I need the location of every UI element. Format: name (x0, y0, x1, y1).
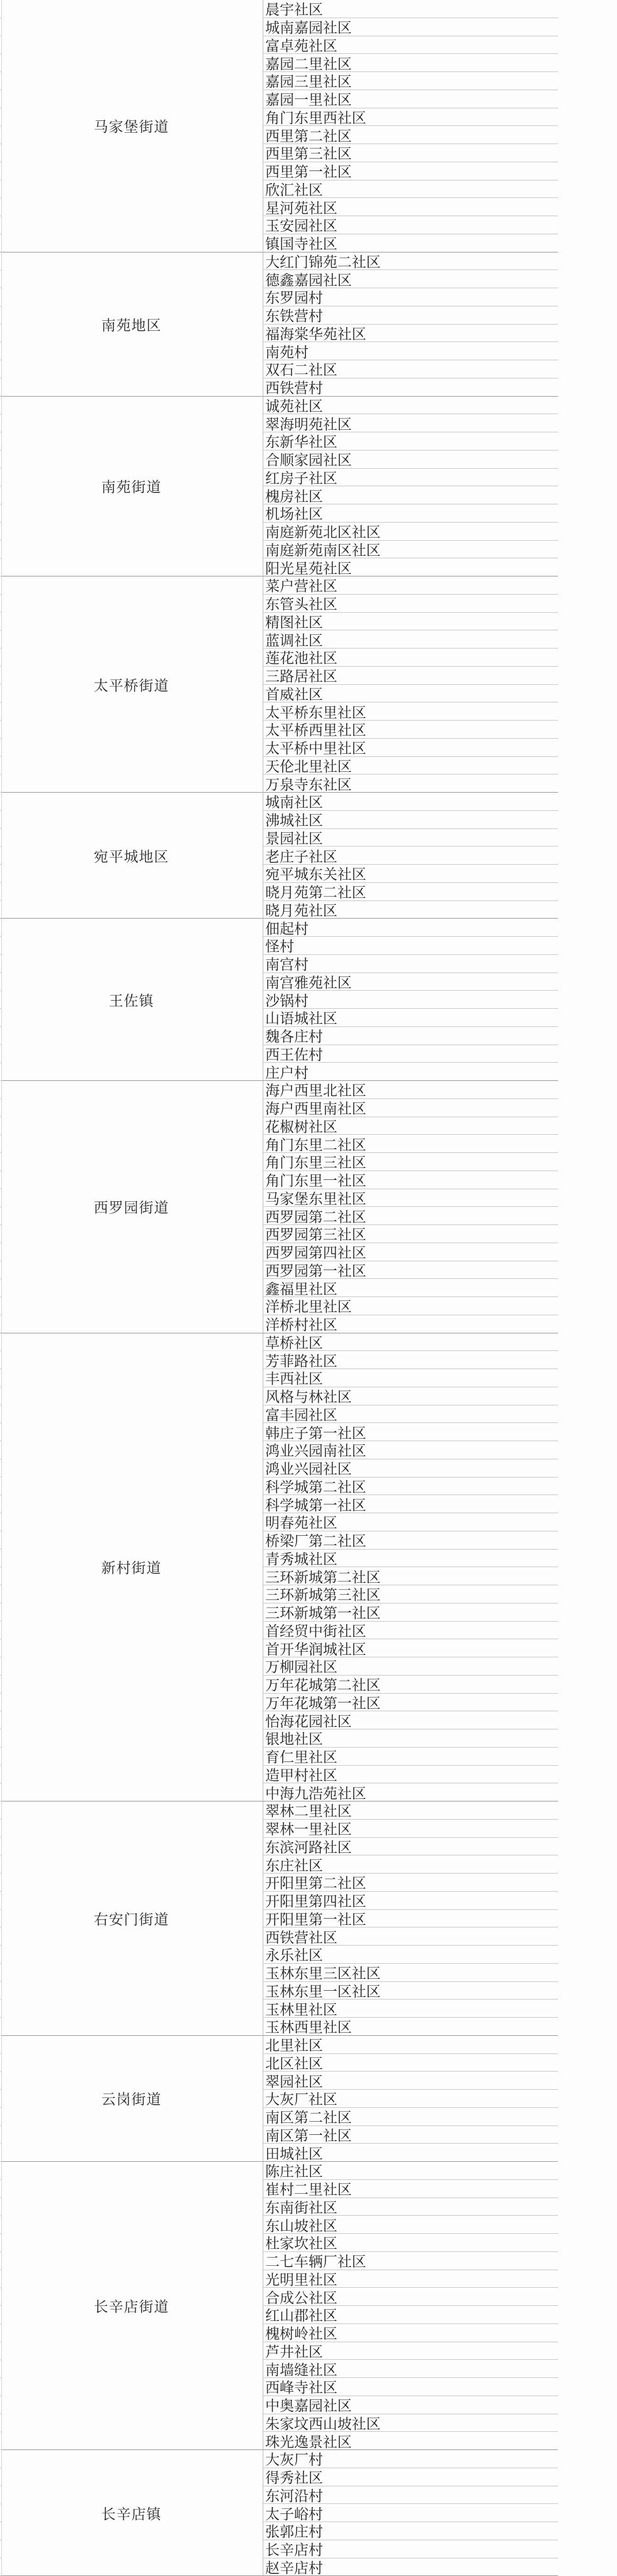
community-name: 三环新城第一社区 (263, 1603, 558, 1622)
community-name: 景园社区 (263, 829, 558, 847)
community-name: 翠园社区 (263, 2072, 558, 2090)
community-name: 东新华社区 (263, 432, 558, 451)
community-rows: 海户西里北社区海户西里南社区花椒树社区角门东里二社区角门东里三社区角门东里一社区… (263, 1081, 558, 1333)
community-name: 山语城社区 (263, 1009, 558, 1027)
community-name: 马家堡东里社区 (263, 1189, 558, 1207)
district-group: 长辛店镇大灰厂村得秀社区东河沿村太子峪村张郭庄村长辛店村赵辛店村 (0, 2450, 558, 2576)
community-name: 庄户村 (263, 1063, 558, 1081)
district-group: 马家堡街道晨宇社区城南嘉园社区富卓苑社区嘉园二里社区嘉园三里社区嘉园一里社区角门… (0, 0, 558, 253)
community-name: 西铁营村 (263, 378, 558, 397)
district-name: 长辛店街道 (94, 2295, 169, 2316)
community-name: 槐房社区 (263, 486, 558, 504)
community-name: 赵辛店村 (263, 2558, 558, 2576)
community-name: 首开华润城社区 (263, 1639, 558, 1657)
district-name-cell: 太平桥街道 (0, 576, 263, 793)
community-name: 东南街社区 (263, 2198, 558, 2216)
community-name: 开阳里第二社区 (263, 1874, 558, 1892)
community-name: 德鑫嘉园社区 (263, 270, 558, 288)
community-name: 开阳里第四社区 (263, 1892, 558, 1910)
district-group: 太平桥街道菜户营社区东管头社区精图社区蓝调社区莲花池社区三路居社区首威社区太平桥… (0, 576, 558, 793)
community-rows: 晨宇社区城南嘉园社区富卓苑社区嘉园二里社区嘉园三里社区嘉园一里社区角门东里西社区… (263, 0, 558, 253)
community-name: 陈庄社区 (263, 2162, 558, 2180)
community-name: 育仁里社区 (263, 1748, 558, 1766)
district-name-cell: 西罗园街道 (0, 1081, 263, 1333)
community-name: 嘉园三里社区 (263, 72, 558, 90)
community-name: 鸿业兴园南社区 (263, 1441, 558, 1459)
community-name: 西里第一社区 (263, 162, 558, 180)
community-name: 珠光逸景社区 (263, 2432, 558, 2450)
community-name: 南庭新苑北区社区 (263, 523, 558, 541)
district-name-cell: 长辛店镇 (0, 2450, 263, 2576)
community-name: 银地社区 (263, 1729, 558, 1748)
community-name: 科学城第二社区 (263, 1478, 558, 1496)
community-name: 红山郡社区 (263, 2306, 558, 2324)
community-name: 海户西里北社区 (263, 1081, 558, 1099)
community-name: 中海九浩苑社区 (263, 1783, 558, 1802)
district-name-cell: 王佐镇 (0, 919, 263, 1081)
community-name: 朱家坟西山坡社区 (263, 2414, 558, 2433)
community-name: 红房子社区 (263, 469, 558, 487)
community-name: 洋桥北里社区 (263, 1297, 558, 1315)
district-group: 右安门街道翠林二里社区翠林一里社区东滨河路社区东庄社区开阳里第二社区开阳里第四社… (0, 1802, 558, 2036)
community-name: 中奥嘉园社区 (263, 2396, 558, 2414)
community-name: 永乐社区 (263, 1946, 558, 1964)
community-name: 太子峪村 (263, 2504, 558, 2522)
community-name: 菜户营社区 (263, 576, 558, 595)
community-name: 大灰厂社区 (263, 2090, 558, 2108)
community-rows: 北里社区北区社区翠园社区大灰厂社区南区第二社区南区第一社区田城社区 (263, 2036, 558, 2162)
community-name: 西里第三社区 (263, 144, 558, 162)
community-name: 东山坡社区 (263, 2216, 558, 2234)
community-name: 得秀社区 (263, 2468, 558, 2486)
district-name: 宛平城地区 (94, 845, 169, 866)
community-rows: 大灰厂村得秀社区东河沿村太子峪村张郭庄村长辛店村赵辛店村 (263, 2450, 558, 2576)
community-name: 南苑村 (263, 342, 558, 360)
community-name: 南区第二社区 (263, 2108, 558, 2126)
community-name: 万泉寺东社区 (263, 774, 558, 793)
community-name: 西罗园第三社区 (263, 1225, 558, 1243)
community-name: 风格与林社区 (263, 1387, 558, 1405)
community-name: 玉林西里社区 (263, 2018, 558, 2036)
community-name: 玉林东里三区社区 (263, 1964, 558, 1982)
community-name: 欣汇社区 (263, 180, 558, 199)
community-name: 鑫福里社区 (263, 1279, 558, 1297)
community-name: 城南社区 (263, 793, 558, 811)
district-name: 西罗园街道 (94, 1196, 169, 1217)
community-name: 沸城社区 (263, 811, 558, 829)
district-group: 南苑地区大红门锦苑二社区德鑫嘉园社区东罗园村东铁营村福海棠华苑社区南苑村双石二社… (0, 253, 558, 397)
community-name: 翠林一里社区 (263, 1820, 558, 1838)
community-name: 东铁营村 (263, 306, 558, 325)
community-name: 西铁营社区 (263, 1927, 558, 1946)
community-name: 太平桥东里社区 (263, 702, 558, 721)
community-name: 三环新城第二社区 (263, 1567, 558, 1585)
community-name: 老庄子社区 (263, 847, 558, 865)
community-name: 福海棠华苑社区 (263, 325, 558, 343)
district-community-table: 马家堡街道晨宇社区城南嘉园社区富卓苑社区嘉园二里社区嘉园三里社区嘉园一里社区角门… (0, 0, 617, 2576)
community-name: 花椒树社区 (263, 1117, 558, 1135)
district-name: 马家堡街道 (94, 115, 169, 136)
community-name: 机场社区 (263, 504, 558, 523)
community-name: 芳菲路社区 (263, 1351, 558, 1369)
community-name: 太平桥西里社区 (263, 721, 558, 739)
community-name: 首威社区 (263, 685, 558, 703)
community-name: 洋桥村社区 (263, 1315, 558, 1333)
community-name: 佃起村 (263, 919, 558, 937)
community-name: 田城社区 (263, 2144, 558, 2162)
community-name: 太平桥中里社区 (263, 739, 558, 757)
community-name: 明春苑社区 (263, 1513, 558, 1531)
community-name: 张郭庄村 (263, 2522, 558, 2540)
community-name: 万年花城第一社区 (263, 1694, 558, 1712)
community-name: 万柳园社区 (263, 1657, 558, 1676)
district-name: 长辛店镇 (102, 2503, 162, 2523)
community-name: 阳光星苑社区 (263, 558, 558, 576)
community-name: 西罗园第二社区 (263, 1207, 558, 1225)
community-name: 开阳里第一社区 (263, 1910, 558, 1928)
community-rows: 佃起村怪村南宫村南宫雅苑社区沙锅村山语城社区魏各庄村西王佐村庄户村 (263, 919, 558, 1081)
community-name: 镇国寺社区 (263, 234, 558, 253)
community-name: 丰西社区 (263, 1369, 558, 1387)
community-name: 桥梁厂第二社区 (263, 1531, 558, 1550)
district-group: 宛平城地区城南社区沸城社区景园社区老庄子社区宛平城东关社区晓月苑第二社区晓月苑社… (0, 793, 558, 919)
district-name-cell: 南苑地区 (0, 253, 263, 397)
community-name: 鸿业兴园社区 (263, 1459, 558, 1478)
table-left-border (1, 0, 2, 2576)
community-name: 青秀城社区 (263, 1550, 558, 1568)
community-name: 韩庄子第一社区 (263, 1423, 558, 1441)
community-name: 南庭新苑南区社区 (263, 541, 558, 559)
community-name: 东滨河路社区 (263, 1838, 558, 1856)
community-name: 北区社区 (263, 2054, 558, 2072)
community-rows: 菜户营社区东管头社区精图社区蓝调社区莲花池社区三路居社区首威社区太平桥东里社区太… (263, 576, 558, 793)
community-name: 富卓苑社区 (263, 36, 558, 55)
community-name: 角门东里二社区 (263, 1135, 558, 1153)
district-name: 太平桥街道 (94, 674, 169, 695)
community-rows: 大红门锦苑二社区德鑫嘉园社区东罗园村东铁营村福海棠华苑社区南苑村双石二社区西铁营… (263, 253, 558, 397)
community-rows: 诚苑社区翠海明苑社区东新华社区合顺家园社区红房子社区槐房社区机场社区南庭新苑北区… (263, 397, 558, 577)
community-name: 西峰寺社区 (263, 2378, 558, 2396)
community-name: 西里第二社区 (263, 126, 558, 144)
community-name: 翠林二里社区 (263, 1802, 558, 1820)
community-name: 科学城第一社区 (263, 1495, 558, 1513)
community-name: 槐树岭社区 (263, 2324, 558, 2342)
community-name: 角门东里一社区 (263, 1171, 558, 1189)
community-name: 万年花城第二社区 (263, 1676, 558, 1694)
community-name: 莲花池社区 (263, 649, 558, 667)
community-name: 晨宇社区 (263, 0, 558, 18)
district-name-cell: 云岗街道 (0, 2036, 263, 2162)
district-name: 云岗街道 (102, 2088, 162, 2109)
community-name: 二七车辆厂社区 (263, 2252, 558, 2270)
community-name: 玉林东里一区社区 (263, 1982, 558, 2000)
community-name: 西罗园第一社区 (263, 1261, 558, 1280)
community-name: 星河苑社区 (263, 198, 558, 216)
community-name: 角门东里西社区 (263, 108, 558, 127)
district-group: 新村街道草桥社区芳菲路社区丰西社区风格与林社区富丰园社区韩庄子第一社区鸿业兴园南… (0, 1333, 558, 1802)
community-name: 首经贸中街社区 (263, 1622, 558, 1640)
community-name: 魏各庄村 (263, 1027, 558, 1045)
community-name: 晓月苑第二社区 (263, 883, 558, 901)
community-name: 怡海花园社区 (263, 1711, 558, 1729)
community-name: 三环新城第三社区 (263, 1585, 558, 1603)
community-name: 东罗园村 (263, 288, 558, 306)
district-group: 南苑街道诚苑社区翠海明苑社区东新华社区合顺家园社区红房子社区槐房社区机场社区南庭… (0, 397, 558, 577)
community-name: 宛平城东关社区 (263, 865, 558, 883)
community-rows: 翠林二里社区翠林一里社区东滨河路社区东庄社区开阳里第二社区开阳里第四社区开阳里第… (263, 1802, 558, 2036)
community-name: 蓝调社区 (263, 630, 558, 649)
district-group: 云岗街道北里社区北区社区翠园社区大灰厂社区南区第二社区南区第一社区田城社区 (0, 2036, 558, 2162)
community-name: 富丰园社区 (263, 1405, 558, 1424)
community-rows: 草桥社区芳菲路社区丰西社区风格与林社区富丰园社区韩庄子第一社区鸿业兴园南社区鸿业… (263, 1333, 558, 1802)
community-name: 玉林里社区 (263, 2000, 558, 2018)
community-name: 大灰厂村 (263, 2450, 558, 2468)
district-name: 南苑街道 (102, 476, 162, 496)
district-name-cell: 马家堡街道 (0, 0, 263, 253)
community-name: 东管头社区 (263, 595, 558, 613)
community-name: 大红门锦苑二社区 (263, 253, 558, 271)
district-group: 西罗园街道海户西里北社区海户西里南社区花椒树社区角门东里二社区角门东里三社区角门… (0, 1081, 558, 1333)
community-name: 西罗园第四社区 (263, 1243, 558, 1261)
community-name: 西王佐村 (263, 1045, 558, 1063)
community-rows: 城南社区沸城社区景园社区老庄子社区宛平城东关社区晓月苑第二社区晓月苑社区 (263, 793, 558, 919)
community-name: 合顺家园社区 (263, 451, 558, 469)
community-name: 精图社区 (263, 613, 558, 631)
community-name: 崔村二里社区 (263, 2180, 558, 2198)
community-rows: 陈庄社区崔村二里社区东南街社区东山坡社区杜家坎社区二七车辆厂社区光明里社区合成公… (263, 2162, 558, 2450)
district-name-cell: 右安门街道 (0, 1802, 263, 2036)
community-name: 三路居社区 (263, 667, 558, 685)
community-name: 玉安园社区 (263, 216, 558, 234)
community-name: 怪村 (263, 937, 558, 955)
community-name: 南墙缝社区 (263, 2360, 558, 2378)
community-name: 晓月苑社区 (263, 901, 558, 919)
community-name: 嘉园二里社区 (263, 54, 558, 72)
community-name: 翠海明苑社区 (263, 414, 558, 432)
district-name-cell: 长辛店街道 (0, 2162, 263, 2450)
district-name: 新村街道 (102, 1557, 162, 1577)
district-name: 王佐镇 (109, 989, 154, 1010)
district-group: 王佐镇佃起村怪村南宫村南宫雅苑社区沙锅村山语城社区魏各庄村西王佐村庄户村 (0, 919, 558, 1081)
community-name: 北里社区 (263, 2036, 558, 2054)
community-name: 嘉园一里社区 (263, 90, 558, 108)
community-name: 长辛店村 (263, 2540, 558, 2558)
community-name: 沙锅村 (263, 991, 558, 1009)
district-name: 南苑地区 (102, 314, 162, 335)
community-name: 角门东里三社区 (263, 1153, 558, 1171)
community-name: 芦井社区 (263, 2342, 558, 2360)
table-body: 马家堡街道晨宇社区城南嘉园社区富卓苑社区嘉园二里社区嘉园三里社区嘉园一里社区角门… (0, 0, 558, 2576)
community-name: 东庄社区 (263, 1855, 558, 1874)
community-name: 造甲村社区 (263, 1766, 558, 1784)
district-name-cell: 宛平城地区 (0, 793, 263, 919)
community-name: 诚苑社区 (263, 397, 558, 415)
district-name: 右安门街道 (94, 1908, 169, 1929)
district-group: 长辛店街道陈庄社区崔村二里社区东南街社区东山坡社区杜家坎社区二七车辆厂社区光明里… (0, 2162, 558, 2450)
community-name: 合成公社区 (263, 2288, 558, 2306)
district-name-cell: 南苑街道 (0, 397, 263, 577)
community-name: 草桥社区 (263, 1333, 558, 1352)
community-name: 东河沿村 (263, 2486, 558, 2505)
community-name: 双石二社区 (263, 360, 558, 378)
community-name: 杜家坎社区 (263, 2234, 558, 2252)
community-name: 天伦北里社区 (263, 757, 558, 775)
district-name-cell: 新村街道 (0, 1333, 263, 1802)
community-name: 光明里社区 (263, 2270, 558, 2288)
community-name: 南区第一社区 (263, 2126, 558, 2144)
community-name: 南宫村 (263, 955, 558, 973)
community-name: 海户西里南社区 (263, 1099, 558, 1117)
community-name: 城南嘉园社区 (263, 18, 558, 36)
community-name: 南宫雅苑社区 (263, 973, 558, 991)
